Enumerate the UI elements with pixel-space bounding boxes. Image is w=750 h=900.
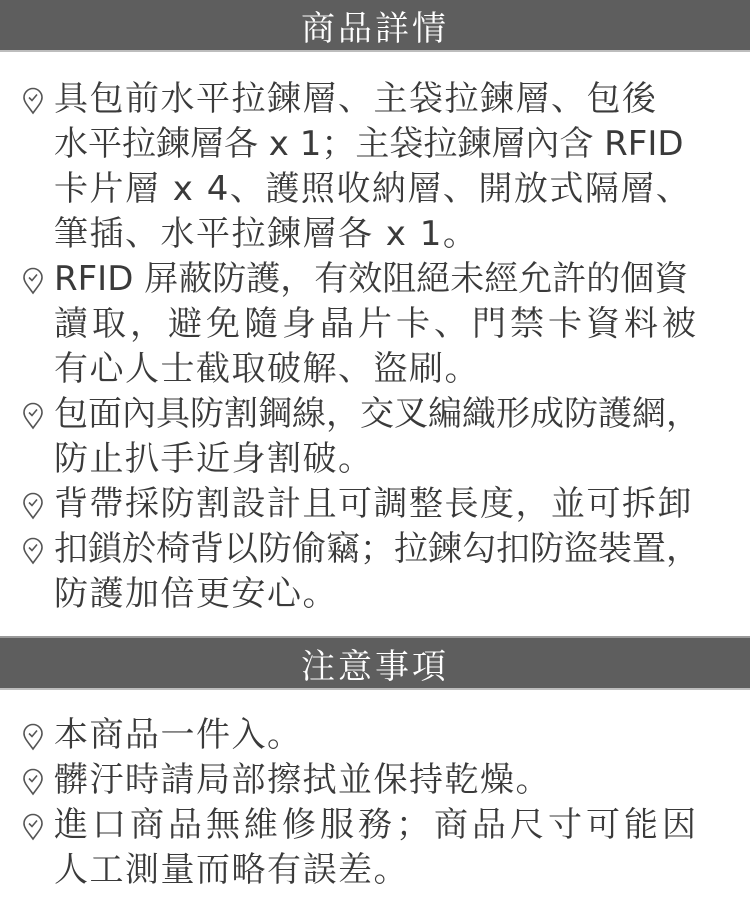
item-text-line: 髒汙時請局部擦拭並保持乾燥。	[54, 758, 730, 803]
item-text-line: 包面內具防割鋼線，交叉編織形成防護網，	[54, 392, 730, 437]
item-text-line: 人工測量而略有誤差。	[54, 848, 730, 893]
details-list: 具包前水平拉鍊層、主袋拉鍊層、包後 水平拉鍊層各 x 1；主袋拉鍊層內含 RFI…	[0, 77, 750, 617]
item-text-line: 讀取，避免隨身晶片卡、門禁卡資料被	[54, 302, 730, 347]
notes-item-1: 本商品一件入。	[0, 713, 750, 758]
item-text-line: 背帶採防割設計且可調整長度，並可拆卸	[54, 482, 730, 527]
check-pin-icon	[22, 267, 44, 295]
details-item-3: 包面內具防割鋼線，交叉編織形成防護網， 防止扒手近身割破。	[0, 392, 750, 482]
notes-section-header: 注意事項	[0, 636, 750, 690]
details-item-5: 扣鎖於椅背以防偷竊；拉鍊勾扣防盜裝置， 防護加倍更安心。	[0, 527, 750, 617]
item-text-line: 防止扒手近身割破。	[54, 437, 730, 482]
check-pin-icon	[22, 813, 44, 841]
item-text-line: 進口商品無維修服務；商品尺寸可能因	[54, 803, 730, 848]
check-pin-icon	[22, 492, 44, 520]
details-item-2: RFID 屏蔽防護，有效阻絕未經允許的個資 讀取，避免隨身晶片卡、門禁卡資料被 …	[0, 257, 750, 392]
notes-list: 本商品一件入。 髒汙時請局部擦拭並保持乾燥。 進口商品無維修服務；商品尺寸可能因…	[0, 713, 750, 893]
item-text-line: 防護加倍更安心。	[54, 572, 730, 617]
item-text-line: 本商品一件入。	[54, 713, 730, 758]
check-pin-icon	[22, 768, 44, 796]
details-section-header: 商品詳情	[0, 0, 750, 52]
item-text-line: 水平拉鍊層各 x 1；主袋拉鍊層內含 RFID	[54, 122, 730, 167]
check-pin-icon	[22, 723, 44, 751]
item-text-line: 有心人士截取破解、盜刷。	[54, 347, 730, 392]
check-pin-icon	[22, 402, 44, 430]
item-text-line: 卡片層 x 4、護照收納層、開放式隔層、	[54, 167, 730, 212]
check-pin-icon	[22, 87, 44, 115]
details-item-1: 具包前水平拉鍊層、主袋拉鍊層、包後 水平拉鍊層各 x 1；主袋拉鍊層內含 RFI…	[0, 77, 750, 257]
item-text-line: 筆插、水平拉鍊層各 x 1。	[54, 212, 730, 257]
notes-section-title: 注意事項	[301, 639, 449, 688]
item-text-line: RFID 屏蔽防護，有效阻絕未經允許的個資	[54, 257, 730, 302]
notes-item-2: 髒汙時請局部擦拭並保持乾燥。	[0, 758, 750, 803]
item-text-line: 具包前水平拉鍊層、主袋拉鍊層、包後	[54, 77, 730, 122]
notes-item-3: 進口商品無維修服務；商品尺寸可能因 人工測量而略有誤差。	[0, 803, 750, 893]
details-item-4: 背帶採防割設計且可調整長度，並可拆卸	[0, 482, 750, 527]
check-pin-icon	[22, 537, 44, 565]
item-text-line: 扣鎖於椅背以防偷竊；拉鍊勾扣防盜裝置，	[54, 527, 730, 572]
details-section-title: 商品詳情	[301, 1, 449, 50]
